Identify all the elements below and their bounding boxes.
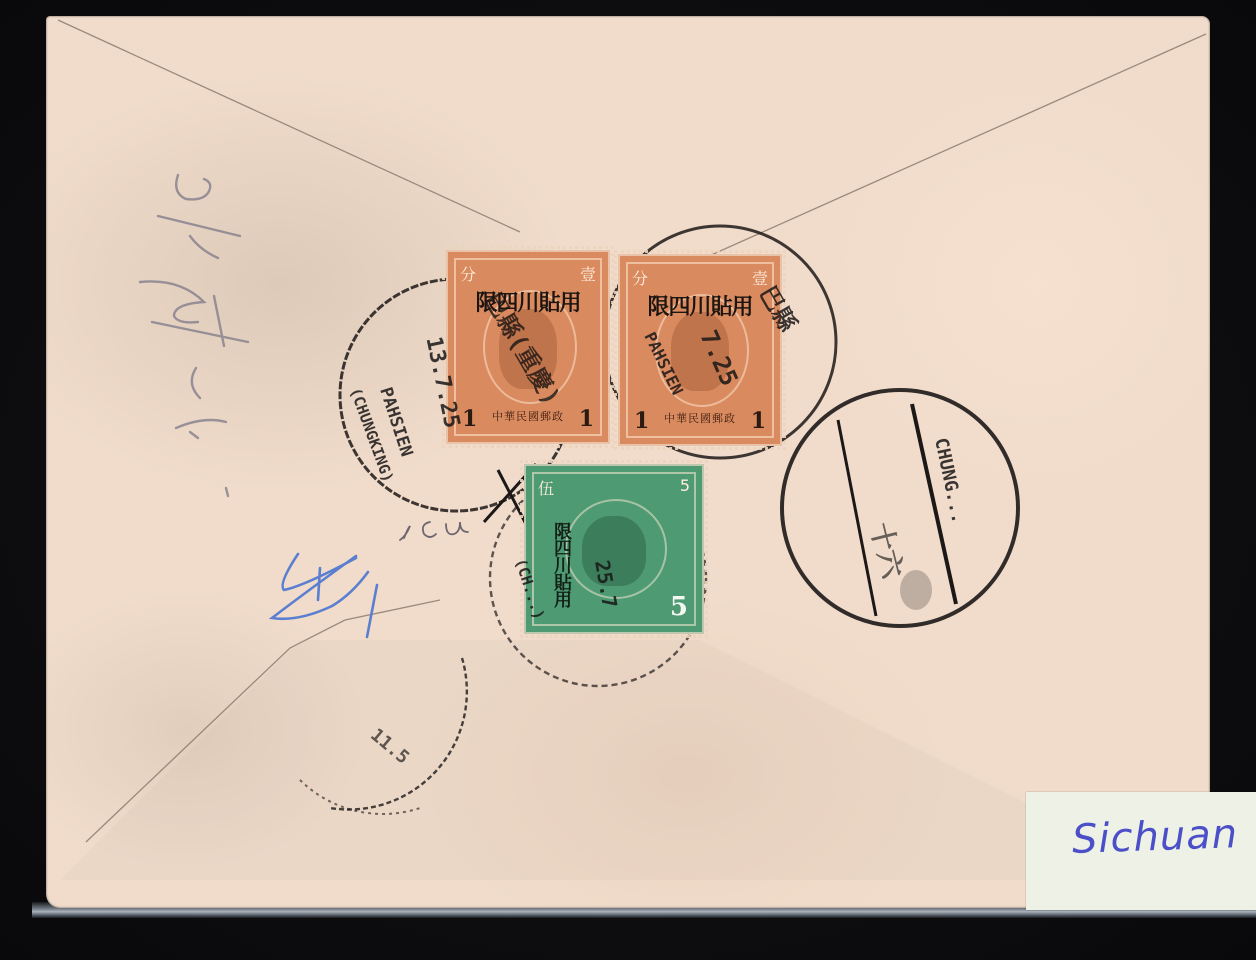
stamp-corner-left: 分 — [460, 262, 476, 285]
stamp-country-text: 中華民國郵政 — [656, 410, 744, 426]
stamp-corner-right: 壹 — [752, 266, 768, 289]
pencil-sic-note — [400, 522, 468, 540]
stamp-corner-right: 5 — [680, 476, 690, 495]
ink-smudge — [900, 570, 932, 610]
stamp-corner-right: 壹 — [580, 262, 596, 285]
stamp-overprint: 限四川貼用 — [634, 290, 766, 321]
region-label-text: Sichuan — [1071, 811, 1239, 863]
lower-flap-shading — [60, 640, 1180, 880]
blue-pencil-mark — [272, 554, 377, 637]
stamp-denomination: 1 — [462, 406, 477, 432]
stamp-5-fen: 伍 5 限四川貼用 5 — [524, 464, 704, 634]
region-label-card: Sichuan — [1026, 792, 1256, 910]
stamp-denomination: 5 — [670, 592, 688, 622]
stamp-corner-left: 分 — [632, 266, 648, 289]
pencil-notes — [140, 175, 248, 496]
stamp-denomination: 1 — [579, 406, 594, 432]
stamp-country-text: 中華民國郵政 — [484, 408, 572, 424]
stamp-denomination: 1 — [751, 408, 766, 434]
stamp-denomination: 1 — [634, 408, 649, 434]
stamp-corner-left: 伍 — [538, 476, 554, 499]
